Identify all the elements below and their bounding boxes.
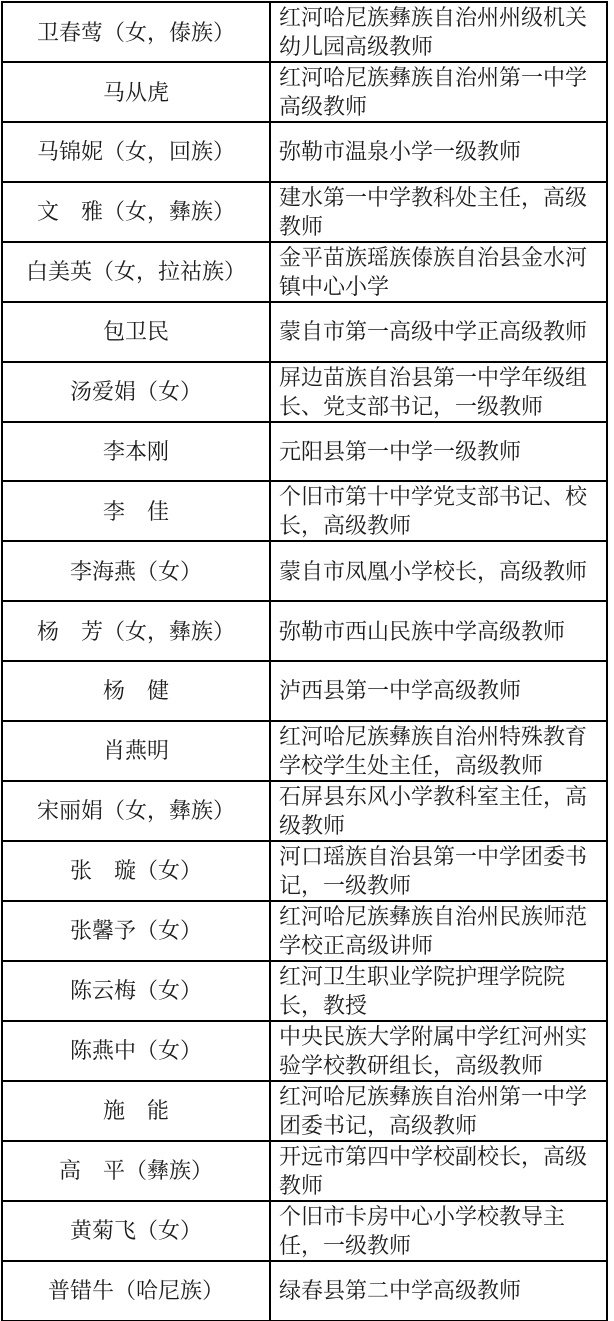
table-body: 卫春莺（女，傣族）红河哈尼族彝族自治州州级机关幼儿园高级教师马从虎红河哈尼族彝族… xyxy=(2,2,607,1321)
awardee-name-cell: 马锦妮（女，回族） xyxy=(2,122,270,182)
table-row: 张 璇（女）河口瑶族自治县第一中学团委书记，一级教师 xyxy=(2,841,607,901)
table-row: 文 雅（女，彝族）建水第一中学教科处主任，高级教师 xyxy=(2,182,607,242)
awardee-position-cell: 建水第一中学教科处主任，高级教师 xyxy=(270,182,607,242)
awardee-name-cell: 肖燕明 xyxy=(2,721,270,781)
table-row: 李本刚元阳县第一中学一级教师 xyxy=(2,422,607,482)
awardee-name-cell: 施 能 xyxy=(2,1081,270,1141)
awardee-position-cell: 绿春县第二中学高级教师 xyxy=(270,1261,607,1321)
awardee-name-cell: 陈云梅（女） xyxy=(2,961,270,1021)
awardee-position-cell: 元阳县第一中学一级教师 xyxy=(270,422,607,482)
table-row: 李海燕（女）蒙自市凤凰小学校长，高级教师 xyxy=(2,541,607,601)
awardee-name-cell: 包卫民 xyxy=(2,302,270,362)
table-row: 普错牛（哈尼族）绿春县第二中学高级教师 xyxy=(2,1261,607,1321)
table-row: 李 佳个旧市第十中学党支部书记、校长，高级教师 xyxy=(2,481,607,541)
awardee-name-cell: 张 璇（女） xyxy=(2,841,270,901)
awardee-name-cell: 杨 芳（女，彝族） xyxy=(2,601,270,661)
table-row: 宋丽娟（女，彝族）石屏县东风小学教科室主任，高级教师 xyxy=(2,781,607,841)
awardee-position-cell: 泸西县第一中学高级教师 xyxy=(270,661,607,721)
awardee-name-cell: 黄菊飞（女） xyxy=(2,1201,270,1261)
awardee-name-cell: 卫春莺（女，傣族） xyxy=(2,2,270,62)
awardee-name-cell: 普错牛（哈尼族） xyxy=(2,1261,270,1321)
table-row: 张馨予（女）红河哈尼族彝族自治州民族师范学校正高级讲师 xyxy=(2,901,607,961)
table-row: 陈燕中（女）中央民族大学附属中学红河州实验学校教研组长，高级教师 xyxy=(2,1021,607,1081)
awardee-name-cell: 白美英（女，拉祜族） xyxy=(2,242,270,302)
table-row: 马锦妮（女，回族）弥勒市温泉小学一级教师 xyxy=(2,122,607,182)
awardee-name-cell: 李海燕（女） xyxy=(2,541,270,601)
awardee-position-cell: 屏边苗族自治县第一中学年级组长、党支部书记，一级教师 xyxy=(270,362,607,422)
table-row: 马从虎红河哈尼族彝族自治州第一中学高级教师 xyxy=(2,62,607,122)
awardee-name-cell: 杨 健 xyxy=(2,661,270,721)
awardee-position-cell: 中央民族大学附属中学红河州实验学校教研组长，高级教师 xyxy=(270,1021,607,1081)
awardee-name-cell: 马从虎 xyxy=(2,62,270,122)
table-row: 陈云梅（女）红河卫生职业学院护理学院院长，教授 xyxy=(2,961,607,1021)
awardee-name-cell: 李本刚 xyxy=(2,422,270,482)
awardee-position-cell: 蒙自市凤凰小学校长，高级教师 xyxy=(270,541,607,601)
awardee-position-cell: 河口瑶族自治县第一中学团委书记，一级教师 xyxy=(270,841,607,901)
table-row: 黄菊飞（女）个旧市卡房中心小学校教导主任，一级教师 xyxy=(2,1201,607,1261)
awardee-name-cell: 汤爱娟（女） xyxy=(2,362,270,422)
awardee-position-cell: 红河哈尼族彝族自治州民族师范学校正高级讲师 xyxy=(270,901,607,961)
awardee-position-cell: 红河哈尼族彝族自治州第一中学团委书记，高级教师 xyxy=(270,1081,607,1141)
awardee-position-cell: 红河哈尼族彝族自治州第一中学高级教师 xyxy=(270,62,607,122)
table-row: 白美英（女，拉祜族）金平苗族瑶族傣族自治县金水河镇中心小学 xyxy=(2,242,607,302)
awardee-position-cell: 蒙自市第一高级中学正高级教师 xyxy=(270,302,607,362)
awardee-position-cell: 金平苗族瑶族傣族自治县金水河镇中心小学 xyxy=(270,242,607,302)
awardee-position-cell: 红河哈尼族彝族自治州州级机关幼儿园高级教师 xyxy=(270,2,607,62)
awardee-name-cell: 陈燕中（女） xyxy=(2,1021,270,1081)
awardee-position-cell: 个旧市卡房中心小学校教导主任，一级教师 xyxy=(270,1201,607,1261)
awardee-position-cell: 开远市第四中学校副校长，高级教师 xyxy=(270,1141,607,1201)
table-row: 杨 健泸西县第一中学高级教师 xyxy=(2,661,607,721)
awardee-name-cell: 张馨予（女） xyxy=(2,901,270,961)
table-row: 包卫民蒙自市第一高级中学正高级教师 xyxy=(2,302,607,362)
awardee-name-cell: 高 平（彝族） xyxy=(2,1141,270,1201)
awardee-name-cell: 李 佳 xyxy=(2,481,270,541)
table-row: 卫春莺（女，傣族）红河哈尼族彝族自治州州级机关幼儿园高级教师 xyxy=(2,2,607,62)
table-row: 汤爱娟（女）屏边苗族自治县第一中学年级组长、党支部书记，一级教师 xyxy=(2,362,607,422)
awardee-name-cell: 文 雅（女，彝族） xyxy=(2,182,270,242)
awardee-position-cell: 红河卫生职业学院护理学院院长，教授 xyxy=(270,961,607,1021)
table-row: 施 能红河哈尼族彝族自治州第一中学团委书记，高级教师 xyxy=(2,1081,607,1141)
table-row: 高 平（彝族）开远市第四中学校副校长，高级教师 xyxy=(2,1141,607,1201)
awardee-position-cell: 红河哈尼族彝族自治州特殊教育学校学生处主任，高级教师 xyxy=(270,721,607,781)
table-row: 肖燕明红河哈尼族彝族自治州特殊教育学校学生处主任，高级教师 xyxy=(2,721,607,781)
table-row: 杨 芳（女，彝族）弥勒市西山民族中学高级教师 xyxy=(2,601,607,661)
awardee-position-cell: 个旧市第十中学党支部书记、校长，高级教师 xyxy=(270,481,607,541)
awardee-position-cell: 弥勒市温泉小学一级教师 xyxy=(270,122,607,182)
awardee-position-cell: 弥勒市西山民族中学高级教师 xyxy=(270,601,607,661)
awardee-position-cell: 石屏县东风小学教科室主任，高级教师 xyxy=(270,781,607,841)
awardee-name-cell: 宋丽娟（女，彝族） xyxy=(2,781,270,841)
awardees-table: 卫春莺（女，傣族）红河哈尼族彝族自治州州级机关幼儿园高级教师马从虎红河哈尼族彝族… xyxy=(1,1,608,1321)
